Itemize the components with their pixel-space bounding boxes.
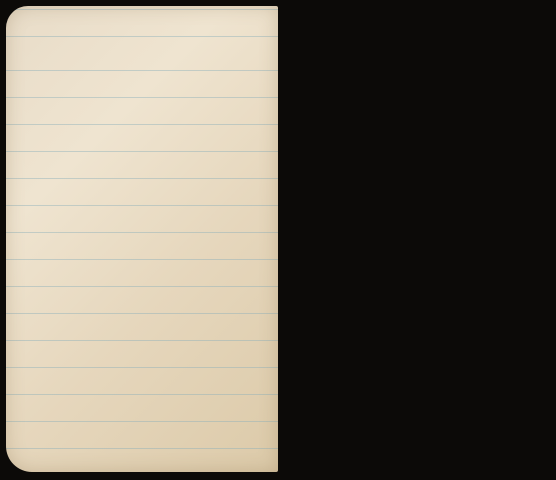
open-notebook	[6, 6, 554, 472]
left-page	[6, 6, 278, 472]
